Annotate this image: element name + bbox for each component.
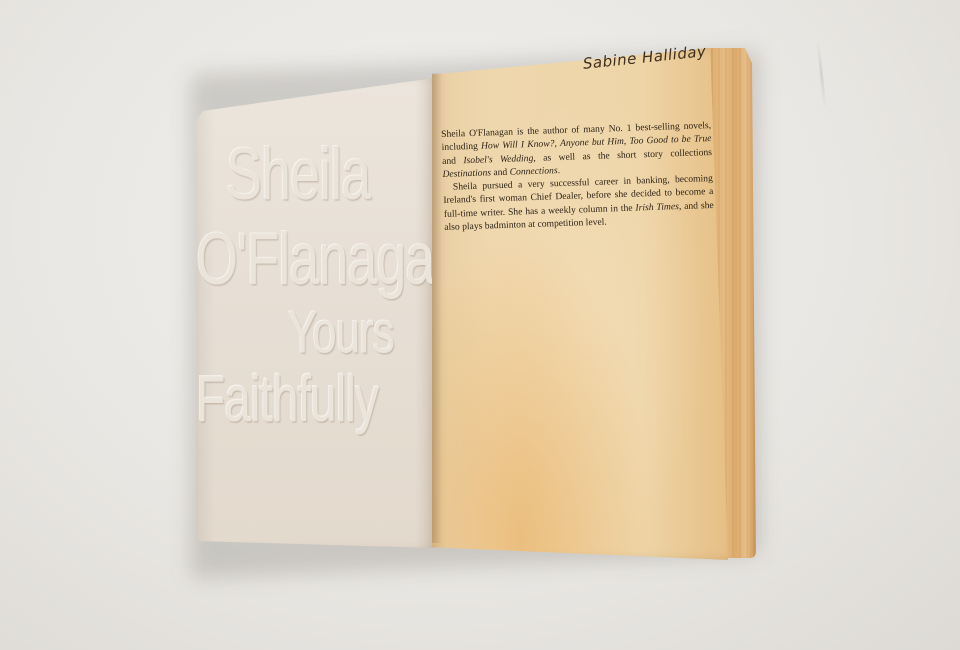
- book-title: How Will I Know?: [481, 139, 555, 152]
- book-title: Anyone but Him: [560, 136, 624, 149]
- bio-text: Sheila pursued a very successful career …: [443, 173, 713, 220]
- bio-paragraph-2: Sheila pursued a very successful career …: [443, 172, 715, 234]
- book-title: Connections: [509, 165, 557, 178]
- embossed-title-word-1: Yours: [288, 300, 394, 368]
- bio-text: and: [491, 167, 510, 179]
- bio-text: .: [557, 165, 560, 176]
- bio-paragraph-1: Sheila O'Flanagan is the author of many …: [441, 119, 713, 181]
- inner-cover: Sheila O'Flanagan Yours Faithfully: [196, 78, 434, 548]
- embossed-title-word-2: Faithfully: [196, 363, 378, 437]
- bio-text: and: [442, 155, 464, 167]
- book-title: Destinations: [442, 167, 491, 180]
- open-book: Sheila O'Flanagan Yours Faithfully Sabin…: [0, 0, 960, 650]
- embossed-author-first: Sheila: [226, 133, 370, 217]
- photo-scene: Sheila O'Flanagan Yours Faithfully Sabin…: [0, 0, 960, 650]
- gutter-shadow: [432, 48, 442, 553]
- book-title: Isobel's Wedding: [463, 153, 533, 166]
- book-title: Too Good to be True: [629, 133, 711, 147]
- embossed-author-last: O'Flanagan: [196, 218, 464, 302]
- newspaper-title: Irish Times: [635, 201, 679, 213]
- author-bio: Sheila O'Flanagan is the author of many …: [441, 119, 714, 234]
